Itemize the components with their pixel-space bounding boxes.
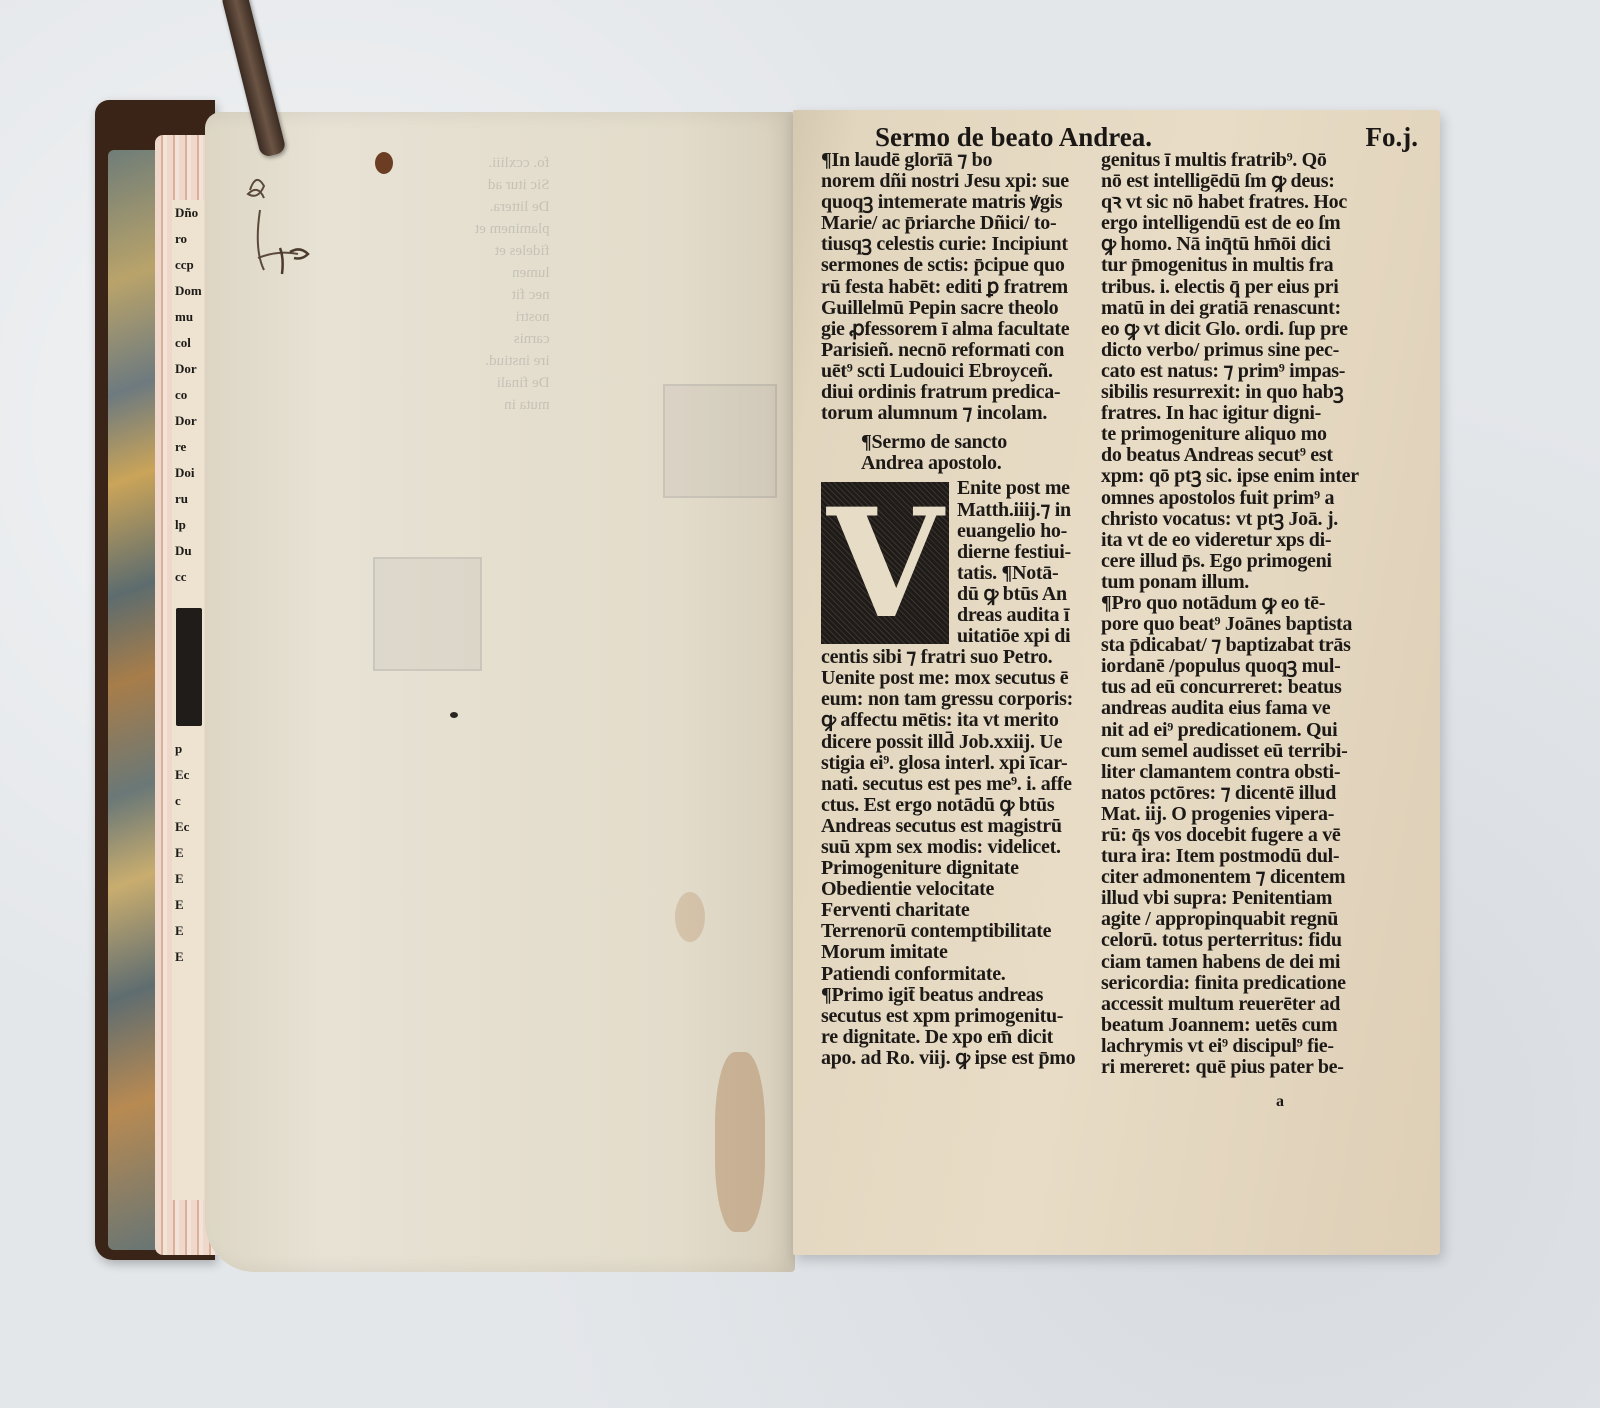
handwritten-mark [240,170,330,280]
right-col-line: tur p̄mogenitus in multis fra [1101,255,1391,276]
sermon-heading: ¶Sermo de sanctoAndrea apostolo. [821,432,1091,474]
right-col-line: christo vocatus: vt ptꝫ Joā. j. [1101,509,1391,530]
list-item-line: Obedientie velocitate [821,879,1091,900]
right-col-line: genitus ī multis fratrib⁹. Qō [1101,150,1391,171]
left-page-verso: fo. ccxliii. Sic itur ad De littera. pla… [205,112,795,1272]
strip-text: lp [172,512,204,538]
closing-line: re dignitate. De xpo em̄ dicit [821,1027,1091,1048]
strip-text: Doi [172,460,204,486]
intro-line: gie ꝓfessorem ī alma facultate [821,319,1091,340]
right-col-line: iordanē /populus quoqꝫ mul- [1101,656,1391,677]
body-line: stigia ei⁹. glosa interl. xpi īcar- [821,753,1091,774]
body-line: dicere possit illd̄ Job.xxiij. Ue [821,732,1091,753]
right-col-line: natos pctōres: ⁊ dicentē illud [1101,783,1391,804]
strip-text: cc [172,564,204,590]
right-col-line: citer admonentem ⁊ dicentem [1101,867,1391,888]
brown-stain-2 [675,892,705,942]
intro-paragraph: ¶In laudē glorīā ⁊ bonorem dñi nostri Je… [821,150,1091,424]
intro-line: tiusqꝫ celestis curie: Incipiunt [821,234,1091,255]
strip-text: E [172,918,204,944]
heading-line: Andrea apostolo. [821,453,1091,474]
right-col-line: xpm: qō ptꝫ sic. ipse enim inter [1101,466,1391,487]
woodcut-initial-edge [176,608,202,726]
show-through-woodcut-2 [373,557,482,671]
strip-text: mu [172,304,204,330]
text-column-right: genitus ī multis fratrib⁹. Qōnō est inte… [1101,150,1391,1078]
text-column-left: ¶In laudē glorīā ⁊ bonorem dñi nostri Je… [821,150,1091,1069]
right-col-line: illud vbi supra: Penitentiam [1101,888,1391,909]
right-col-line: do beatus Andreas secut⁹ est [1101,445,1391,466]
strip-text: E [172,866,204,892]
strip-text: c [172,788,204,814]
right-page-recto: Sermo de beato Andrea. Fo.j. ¶In laudē g… [793,110,1440,1255]
strip-text: p [172,736,204,762]
right-col-line: beatum Joannem: uetēs cum [1101,1015,1391,1036]
right-col-line: cato est natus: ⁊ prim⁹ impas- [1101,361,1391,382]
right-col-line: dicto verbo/ primus sine pec- [1101,340,1391,361]
strip-text: Ec [172,762,204,788]
right-col-line: liter clamantem contra obsti- [1101,762,1391,783]
right-col-line: nit ad ei⁹ predicationem. Qui [1101,720,1391,741]
strip-text: Du [172,538,204,564]
right-col-line: ri mereret: quē pius pater be- [1101,1057,1391,1078]
right-col-line: ciam tamen habens de dei mi [1101,952,1391,973]
intro-line: quoqꝫ intemerate matris ꝟgis [821,192,1091,213]
right-col-line: te primogeniture aliquo mo [1101,424,1391,445]
right-col-line: accessit multum reuerēter ad [1101,994,1391,1015]
list-item-line: Morum imitate [821,942,1091,963]
strip-text: Dor [172,356,204,382]
intro-line: diui ordinis fratrum predica- [821,382,1091,403]
strip-text: E [172,840,204,866]
right-col-line: rū: q̄s vos docebit fugere a vē [1101,825,1391,846]
right-col-line: omnes apostolos fuit prim⁹ a [1101,488,1391,509]
strip-text: E [172,944,204,970]
initial-paragraph: V Enite post meMatth.iiij.⁊ ineuangelio … [821,478,1091,647]
right-col-line: cum semel audisset eū terribi- [1101,741,1391,762]
right-col-line: Mat. iij. O progenies vipera- [1101,804,1391,825]
strip-text: Ec [172,814,204,840]
intro-line: sermones de sctis: p̄cipue quo [821,255,1091,276]
closing-line: secutus est xpm primogenitu- [821,1006,1091,1027]
body-line: Uenite post me: mox secutus ē [821,668,1091,689]
strip-text: Dor [172,408,204,434]
right-col-line: cere illud p̄s. Ego primogeni [1101,551,1391,572]
body-text: centis sibi ⁊ fratri suo Petro.Uenite po… [821,647,1091,858]
strip-text: col [172,330,204,356]
intro-line: Parisieñ. necnō reformati con [821,340,1091,361]
closing-line: ¶Primo igit̄ beatus andreas [821,985,1091,1006]
list-item-line: Patiendi conformitate. [821,964,1091,985]
show-through-woodcut [663,384,777,498]
closing-line: apo. ad Ro. viij. ꝙ ipse est p̄mo [821,1048,1091,1069]
right-col-line: tribus. i. electis q̄ per eius pri [1101,277,1391,298]
intro-line: norem dñi nostri Jesu xpi: sue [821,171,1091,192]
ink-blot [375,152,393,174]
brown-stain [715,1052,765,1232]
open-book: DñoroccpDommucolDorcoDorreDoirulpDucc pE… [0,0,1600,1408]
right-col-line: tura ira: Item postmodū dul- [1101,846,1391,867]
right-col-line: sta p̄dicabat/ ⁊ baptizabat trās [1101,635,1391,656]
strip-text: re [172,434,204,460]
folio-number: Fo.j. [1366,122,1418,153]
right-col-line: agite / appropinquabit regnū [1101,909,1391,930]
right-col-line: tum ponam illum. [1101,572,1391,593]
body-line: Andreas secutus est magistrū [821,816,1091,837]
right-col-line: fratres. In hac igitur digni- [1101,403,1391,424]
right-col-line: qꝛ vt sic nō habet fratres. Hoc [1101,192,1391,213]
body-line: ctus. Est ergo notādū ꝙ btūs [821,795,1091,816]
right-col-line: sibilis resurrexit: in quo habꝫ [1101,382,1391,403]
closing-text: ¶Primo igit̄ beatus andreassecutus est x… [821,985,1091,1069]
strip-text: ru [172,486,204,512]
signature-mark: a [1276,1093,1284,1111]
strip-text: co [172,382,204,408]
heading-line: ¶Sermo de sancto [821,432,1091,453]
right-col-line: eo ꝙ vt dicit Glo. ordi. ſup pre [1101,319,1391,340]
right-col-line: pore quo beat⁹ Joānes baptista [1101,614,1391,635]
ink-speck [450,712,458,718]
intro-line: ¶In laudē glorīā ⁊ bo [821,150,1091,171]
intro-line: Marie/ ac p̄riarche Dñici/ to- [821,213,1091,234]
list-item-line: Terrenorū contemptibilitate [821,921,1091,942]
intro-line: rū festa habēt: editi ꝑ fratrem [821,277,1091,298]
strip-text: ro [172,226,204,252]
intro-line: torum alumnum ⁊ incolam. [821,403,1091,424]
list-item-line: Primogeniture dignitate [821,858,1091,879]
intro-line: Guillelmū Pepin sacre theolo [821,298,1091,319]
right-col-line: ¶Pro quo notādum ꝙ eo tē- [1101,593,1391,614]
right-col-line: ꝙ homo. Nā inq̄tū hm̄ōi dici [1101,234,1391,255]
right-col-line: ita vt de eo videretur xps di- [1101,530,1391,551]
body-line: ꝙ affectu mētis: ita vt merito [821,710,1091,731]
list-item-line: Ferventi charitate [821,900,1091,921]
right-col-line: matū in dei gratiā renascunt: [1101,298,1391,319]
right-col-line: celorū. totus perterritus: fidu [1101,930,1391,951]
six-modes-list: Primogeniture dignitateObedientie veloci… [821,858,1091,985]
right-col-line: ergo intelligendū est de eo ſm [1101,213,1391,234]
right-col-line: tus ad eū concurreret: beatus [1101,677,1391,698]
strip-text: ccp [172,252,204,278]
body-line: eum: non tam gressu corporis: [821,689,1091,710]
right-col-line: lachrymis vt ei⁹ discipul⁹ fie- [1101,1036,1391,1057]
right-col-line: sericordia: finita predicatione [1101,973,1391,994]
body-line: suū xpm sex modis: videlicet. [821,837,1091,858]
right-col-line: nō est intelligēdū ſm ꝙ deus: [1101,171,1391,192]
right-col-line: andreas audita eius fama ve [1101,698,1391,719]
strip-text: Dño [172,200,204,226]
strip-text: E [172,892,204,918]
body-line: nati. secutus est pes me⁹. i. affe [821,774,1091,795]
underlying-page-strip: DñoroccpDommucolDorcoDorreDoirulpDucc pE… [172,200,204,1200]
strip-text: Dom [172,278,204,304]
show-through-text: fo. ccxliii. Sic itur ad De littera. pla… [475,152,550,416]
woodcut-initial-v: V [821,482,949,644]
intro-line: uēt⁹ scti Ludouici Ebroyceñ. [821,361,1091,382]
